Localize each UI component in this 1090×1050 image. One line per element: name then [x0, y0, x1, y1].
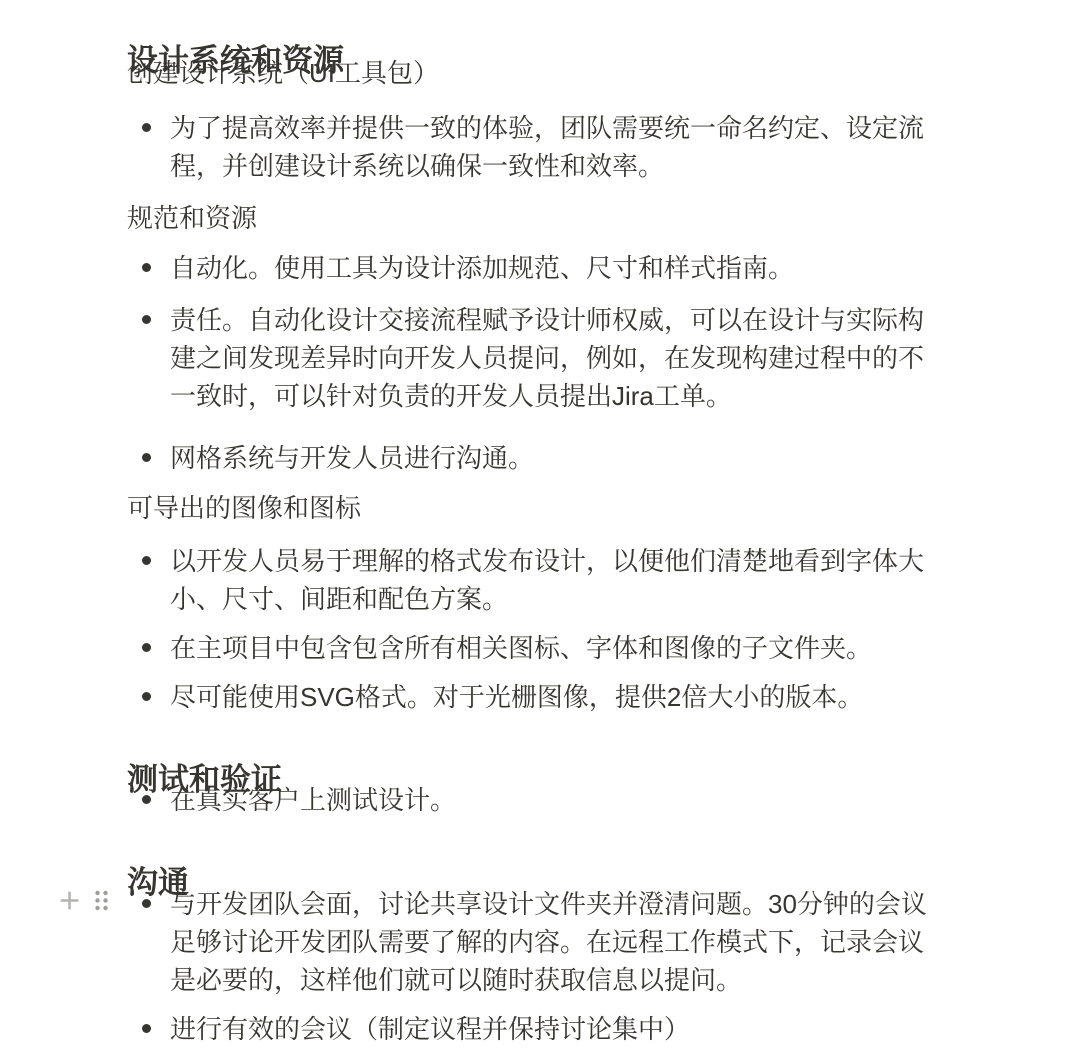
- bullet-dot: [142, 453, 151, 462]
- bullet-dot: [142, 123, 151, 132]
- bullet-dot: [142, 315, 151, 324]
- bullet-item-subfolders[interactable]: 在主项目中包含包含所有相关图标、字体和图像的子文件夹。: [127, 629, 938, 667]
- plus-icon: [57, 888, 82, 913]
- bullet-item-meet-dev-team[interactable]: 与开发团队会面，讨论共享设计文件夹并澄清问题。30分钟的会议足够讨论开发团队需要…: [127, 885, 938, 999]
- bullet-text: 进行有效的会议（制定议程并保持讨论集中）: [170, 1010, 938, 1048]
- document-page: 设计系统和资源 创建设计系统（UI工具包） 为了提高效率并提供一致的体验，团队需…: [0, 0, 1090, 1050]
- bullet-text: 责任。自动化设计交接流程赋予设计师权威，可以在设计与实际构建之间发现差异时向开发…: [170, 301, 938, 415]
- bullet-text: 网格系统与开发人员进行沟通。: [170, 439, 938, 477]
- bullet-dot: [142, 643, 151, 652]
- bullet-item-efficiency[interactable]: 为了提高效率并提供一致的体验，团队需要统一命名约定、设定流程，并创建设计系统以确…: [127, 109, 938, 185]
- bullet-item-effective-meetings[interactable]: 进行有效的会议（制定议程并保持讨论集中）: [127, 1010, 938, 1048]
- bullet-dot: [142, 556, 151, 565]
- bullet-dot: [142, 692, 151, 701]
- bullet-item-test-real-customers[interactable]: 在真实客户上测试设计。: [127, 781, 938, 819]
- bullet-item-automation[interactable]: 自动化。使用工具为设计添加规范、尺寸和样式指南。: [127, 249, 938, 287]
- bullet-item-responsibility[interactable]: 责任。自动化设计交接流程赋予设计师权威，可以在设计与实际构建之间发现差异时向开发…: [127, 301, 938, 415]
- bullet-item-grid-system[interactable]: 网格系统与开发人员进行沟通。: [127, 439, 938, 477]
- bullet-text: 在真实客户上测试设计。: [170, 781, 938, 819]
- bullet-text: 为了提高效率并提供一致的体验，团队需要统一命名约定、设定流程，并创建设计系统以确…: [170, 109, 938, 185]
- bullet-text: 以开发人员易于理解的格式发布设计，以便他们清楚地看到字体大小、尺寸、间距和配色方…: [170, 542, 938, 618]
- drag-handle[interactable]: [93, 888, 110, 913]
- bullet-dot: [142, 795, 151, 804]
- bullet-text: 在主项目中包含包含所有相关图标、字体和图像的子文件夹。: [170, 629, 938, 667]
- bullet-item-svg-format[interactable]: 尽可能使用SVG格式。对于光栅图像，提供2倍大小的版本。: [127, 678, 938, 716]
- paragraph-create-design-system[interactable]: 创建设计系统（UI工具包）: [127, 54, 957, 92]
- paragraph-exportable-images-icons[interactable]: 可导出的图像和图标: [127, 489, 957, 527]
- paragraph-specs-resources[interactable]: 规范和资源: [127, 199, 957, 237]
- six-dot-grip-icon: [93, 888, 110, 913]
- bullet-dot: [142, 263, 151, 272]
- bullet-text: 与开发团队会面，讨论共享设计文件夹并澄清问题。30分钟的会议足够讨论开发团队需要…: [170, 885, 938, 999]
- bullet-dot: [142, 899, 151, 908]
- block-hover-controls: [57, 888, 110, 913]
- bullet-dot: [142, 1024, 151, 1033]
- bullet-item-publish-format[interactable]: 以开发人员易于理解的格式发布设计，以便他们清楚地看到字体大小、尺寸、间距和配色方…: [127, 542, 938, 618]
- bullet-text: 自动化。使用工具为设计添加规范、尺寸和样式指南。: [170, 249, 938, 287]
- bullet-text: 尽可能使用SVG格式。对于光栅图像，提供2倍大小的版本。: [170, 678, 938, 716]
- add-block-button[interactable]: [57, 888, 82, 913]
